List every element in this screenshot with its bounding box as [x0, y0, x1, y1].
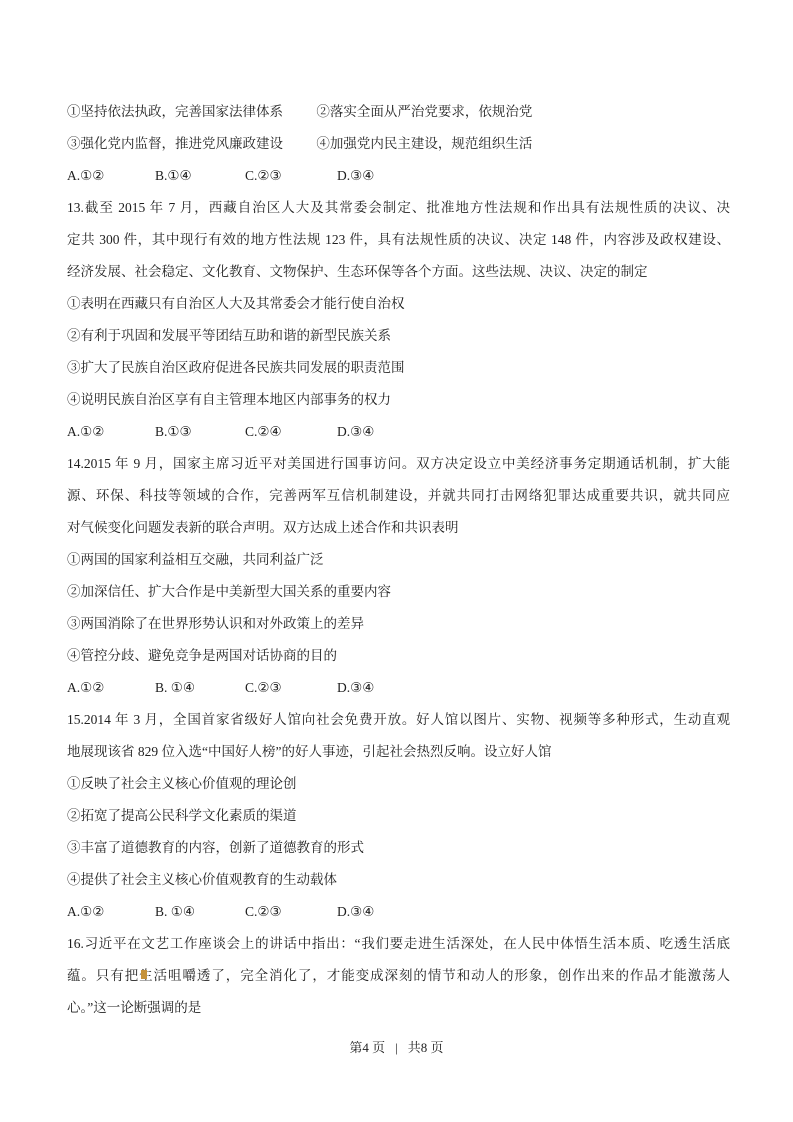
- question-16-stem-line-3: 心。”这一论断强调的是: [67, 992, 730, 1024]
- question-13-option-4: ④说明民族自治区享有自主管理本地区内部事务的权力: [67, 384, 730, 416]
- question-13-stem-line-1: 13.截至 2015 年 7 月，西藏自治区人大及其常委会制定、批准地方性法规和…: [67, 192, 730, 224]
- answer-choice-c: C.②③: [245, 896, 337, 928]
- carryover-option-pair-line: ③强化党内监督，推进党风廉政建设 ④加强党内民主建设，规范组织生活: [67, 128, 730, 160]
- answer-choice-b: B.①④: [155, 160, 245, 192]
- question-13-stem-line-2: 定共 300 件，其中现行有效的地方性法规 123 件，具有法规性质的决议、决定…: [67, 224, 730, 256]
- question-16-stem-line-1: 16.习近平在文艺工作座谈会上的讲话中指出：“我们要走进生活深处，在人民中体悟生…: [67, 928, 730, 960]
- page-separator: |: [395, 1040, 398, 1055]
- question-15-option-3: ③丰富了道德教育的内容，创新了道德教育的形式: [67, 832, 730, 864]
- question-14-option-4: ④管控分歧、避免竞争是两国对话协商的目的: [67, 640, 730, 672]
- question-14-stem-line-3: 对气候变化问题发表新的联合声明。双方达成上述合作和共识表明: [67, 512, 730, 544]
- highlight-mark: [141, 970, 147, 979]
- carryover-option-4: ④加强党内民主建设，规范组织生活: [316, 136, 532, 151]
- answer-choice-d: D.③④: [337, 896, 730, 928]
- answer-choice-a: A.①②: [67, 160, 155, 192]
- answer-choice-d: D.③④: [337, 672, 730, 704]
- question-15-option-2: ②拓宽了提高公民科学文化素质的渠道: [67, 800, 730, 832]
- question-14-stem-line-2: 源、环保、科技等领域的合作，完善两军互信机制建设，并就共同打击网络犯罪达成重要共…: [67, 480, 730, 512]
- exam-text-block: ①坚持依法执政，完善国家法律体系 ②落实全面从严治党要求，依规治党 ③强化党内监…: [67, 96, 730, 1024]
- carryover-option-2: ②落实全面从严治党要求，依规治党: [316, 104, 532, 119]
- question-14-answer-row: A.①② B. ①④ C.②③ D.③④: [67, 672, 730, 704]
- question-15-stem-line-2: 地展现该省 829 位入选“中国好人榜”的好人事迹，引起社会热烈反响。设立好人馆: [67, 736, 730, 768]
- page-footer: 第4 页|共8 页: [0, 1034, 793, 1062]
- question-15-option-1: ①反映了社会主义核心价值观的理论创: [67, 768, 730, 800]
- question-13-option-3: ③扩大了民族自治区政府促进各民族共同发展的职责范围: [67, 352, 730, 384]
- carryover-option-3: ③强化党内监督，推进党风廉政建设: [67, 128, 313, 160]
- answer-choice-a: A.①②: [67, 672, 155, 704]
- question-13-option-1: ①表明在西藏只有自治区人大及其常委会才能行使自治权: [67, 288, 730, 320]
- answer-choice-b: B. ①④: [155, 672, 245, 704]
- answer-choice-b: B. ①④: [155, 896, 245, 928]
- answer-choice-c: C.②③: [245, 160, 337, 192]
- question-13-answer-row: A.①② B.①③ C.②④ D.③④: [67, 416, 730, 448]
- page-number: 第4 页: [349, 1040, 385, 1055]
- carryover-option-pair-line: ①坚持依法执政，完善国家法律体系 ②落实全面从严治党要求，依规治党: [67, 96, 730, 128]
- answer-choice-c: C.②③: [245, 672, 337, 704]
- answer-choice-c: C.②④: [245, 416, 337, 448]
- question-13-option-2: ②有利于巩固和发展平等团结互助和谐的新型民族关系: [67, 320, 730, 352]
- answer-choice-d: D.③④: [337, 160, 730, 192]
- question-14-stem-line-1: 14.2015 年 9 月，国家主席习近平对美国进行国事访问。双方决定设立中美经…: [67, 448, 730, 480]
- exam-paper-page: ①坚持依法执政，完善国家法律体系 ②落实全面从严治党要求，依规治党 ③强化党内监…: [0, 0, 793, 1122]
- question-14-option-1: ①两国的国家利益相互交融，共同利益广泛: [67, 544, 730, 576]
- answer-choice-a: A.①②: [67, 416, 155, 448]
- answer-choice-b: B.①③: [155, 416, 245, 448]
- answer-choice-d: D.③④: [337, 416, 730, 448]
- question-13-stem-line-3: 经济发展、社会稳定、文化教育、文物保护、生态环保等各个方面。这些法规、决议、决定…: [67, 256, 730, 288]
- question-15-answer-row: A.①② B. ①④ C.②③ D.③④: [67, 896, 730, 928]
- carryover-option-1: ①坚持依法执政，完善国家法律体系: [67, 96, 313, 128]
- carryover-answer-row: A.①② B.①④ C.②③ D.③④: [67, 160, 730, 192]
- question-16-stem-line-2: 蕴。只有把生活咀嚼透了，完全消化了，才能变成深刻的情节和动人的形象，创作出来的作…: [67, 960, 730, 992]
- page-total: 共8 页: [408, 1040, 444, 1055]
- question-14-option-3: ③两国消除了在世界形势认识和对外政策上的差异: [67, 608, 730, 640]
- answer-choice-a: A.①②: [67, 896, 155, 928]
- question-14-option-2: ②加深信任、扩大合作是中美新型大国关系的重要内容: [67, 576, 730, 608]
- question-15-stem-line-1: 15.2014 年 3 月，全国首家省级好人馆向社会免费开放。好人馆以图片、实物…: [67, 704, 730, 736]
- question-15-option-4: ④提供了社会主义核心价值观教育的生动载体: [67, 864, 730, 896]
